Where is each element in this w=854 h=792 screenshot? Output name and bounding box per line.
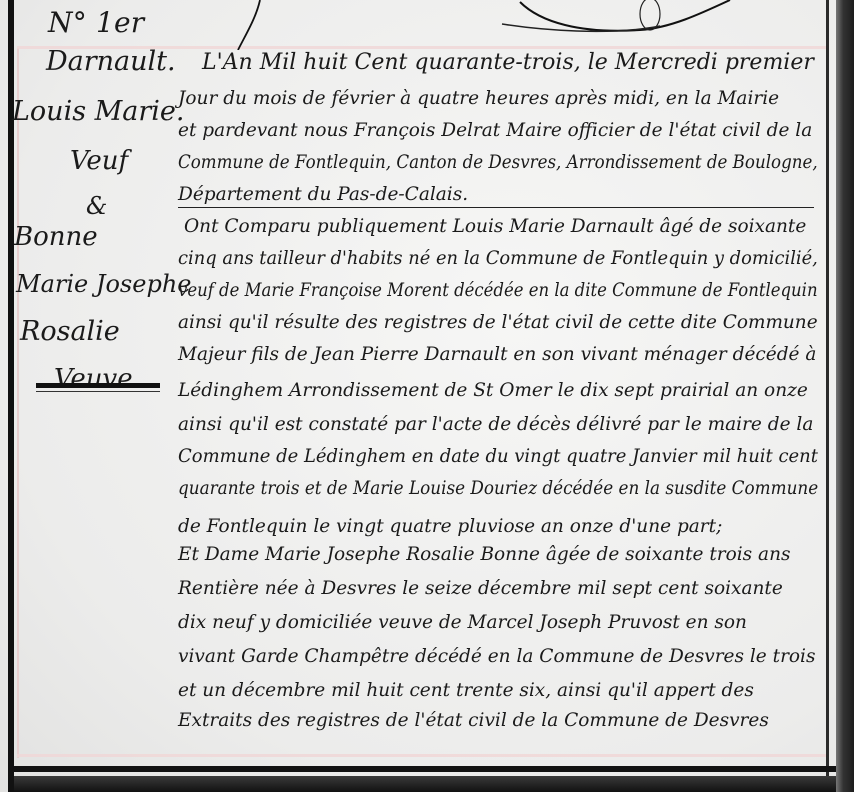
body-line: veuf de Marie Françoise Morent décédée e… (178, 282, 818, 301)
body-line: L'An Mil huit Cent quarante-trois, le Me… (202, 52, 814, 74)
conjunction: & (86, 192, 107, 220)
body-line: cinq ans tailleur d'habits né en la Comm… (178, 250, 818, 269)
body-line: Jour du mois de février à quatre heures … (178, 90, 779, 109)
book-binding-edge (836, 0, 854, 792)
body-line: de Fontlequin le vingt quatre pluviose a… (178, 518, 722, 537)
register-page: N° 1er Darnault. Louis Marie. Veuf & Bon… (0, 0, 854, 792)
pink-margin-line-bottom (17, 754, 829, 757)
body-line: Majeur fils de Jean Pierre Darnault en s… (178, 346, 816, 365)
body-line: Ont Comparu publiquement Louis Marie Dar… (184, 218, 806, 237)
bride-surname: Bonne (14, 222, 98, 252)
body-line: Extraits des registres de l'état civil d… (178, 712, 769, 731)
body-line: et pardevant nous François Delrat Maire … (178, 122, 812, 141)
bottom-page-edge (14, 776, 836, 792)
entry-number: N° 1er (48, 6, 144, 39)
body-line: et un décembre mil huit cent trente six,… (178, 682, 754, 701)
bride-status: Veuve (54, 364, 133, 394)
body-line: Commune de Fontlequin, Canton de Desvres… (178, 154, 818, 173)
body-line: Rentière née à Desvres le seize décembre… (178, 580, 783, 599)
flourish-decoration (500, 0, 740, 40)
body-line: dix neuf y domiciliée veuve de Marcel Jo… (178, 614, 747, 633)
pink-margin-line-left (17, 48, 19, 758)
body-line: quarante trois et de Marie Louise Dourie… (178, 480, 818, 499)
body-line: Lédinghem Arrondissement de St Omer le d… (178, 382, 808, 401)
body-line: Commune de Lédinghem en date du vingt qu… (178, 448, 818, 467)
margin-double-underline (36, 383, 160, 388)
groom-status: Veuf (70, 146, 128, 176)
body-line: vivant Garde Champêtre décédé en la Comm… (178, 648, 815, 667)
right-margin-rule (826, 0, 829, 792)
groom-given-names: Louis Marie. (12, 96, 185, 127)
flourish-stroke (230, 0, 270, 50)
bride-given-names-2: Rosalie (20, 316, 120, 347)
body-line: ainsi qu'il est constaté par l'acte de d… (178, 416, 813, 435)
bride-given-names-1: Marie Josephe (16, 270, 191, 298)
body-line: Et Dame Marie Josephe Rosalie Bonne âgée… (178, 546, 791, 565)
margin-underline-thin (36, 391, 160, 392)
body-line: Département du Pas-de-Calais. (178, 186, 814, 208)
groom-surname: Darnault. (46, 46, 176, 77)
bottom-rule (14, 766, 836, 772)
body-line: ainsi qu'il résulte des registres de l'é… (178, 314, 818, 333)
